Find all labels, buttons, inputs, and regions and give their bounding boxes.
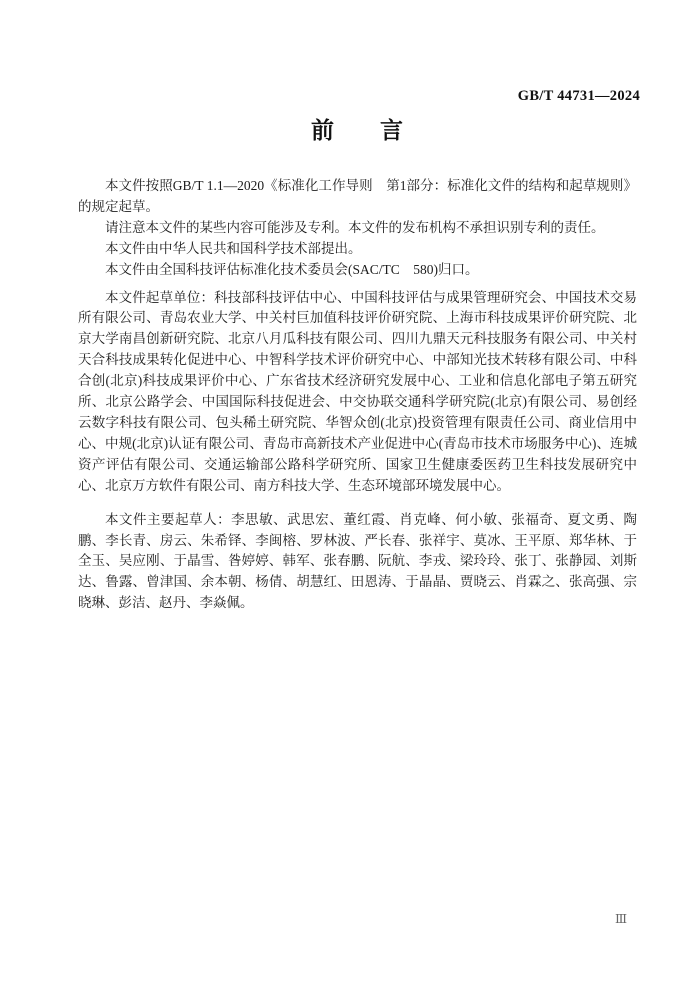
paragraph-drafting-organizations: 本文件起草单位：科技部科技评估中心、中国科技评估与成果管理研究会、中国技术交易所… [78,288,637,497]
paragraph-proposed-by: 本文件由中华人民共和国科学技术部提出。 [78,239,637,260]
paragraph-patent-notice: 请注意本文件的某些内容可能涉及专利。本文件的发布机构不承担识别专利的责任。 [78,218,637,239]
paragraph-main-drafters: 本文件主要起草人：李思敏、武思宏、董红霞、肖克峰、何小敏、张福奇、夏文勇、陶鹏、… [78,510,637,615]
paragraph-centralized-by: 本文件由全国科技评估标准化技术委员会(SAC/TC 580)归口。 [78,260,637,281]
document-page: GB/T 44731—2024 前 言 本文件按照GB/T 1.1—2020《标… [0,0,700,987]
foreword-content: 本文件按照GB/T 1.1—2020《标准化工作导则 第1部分：标准化文件的结构… [78,176,637,614]
standard-number: GB/T 44731—2024 [518,88,640,105]
page-title: 前 言 [78,112,636,145]
paragraph-drafting-rules: 本文件按照GB/T 1.1—2020《标准化工作导则 第1部分：标准化文件的结构… [78,176,637,218]
page-number: Ⅲ [615,911,628,927]
